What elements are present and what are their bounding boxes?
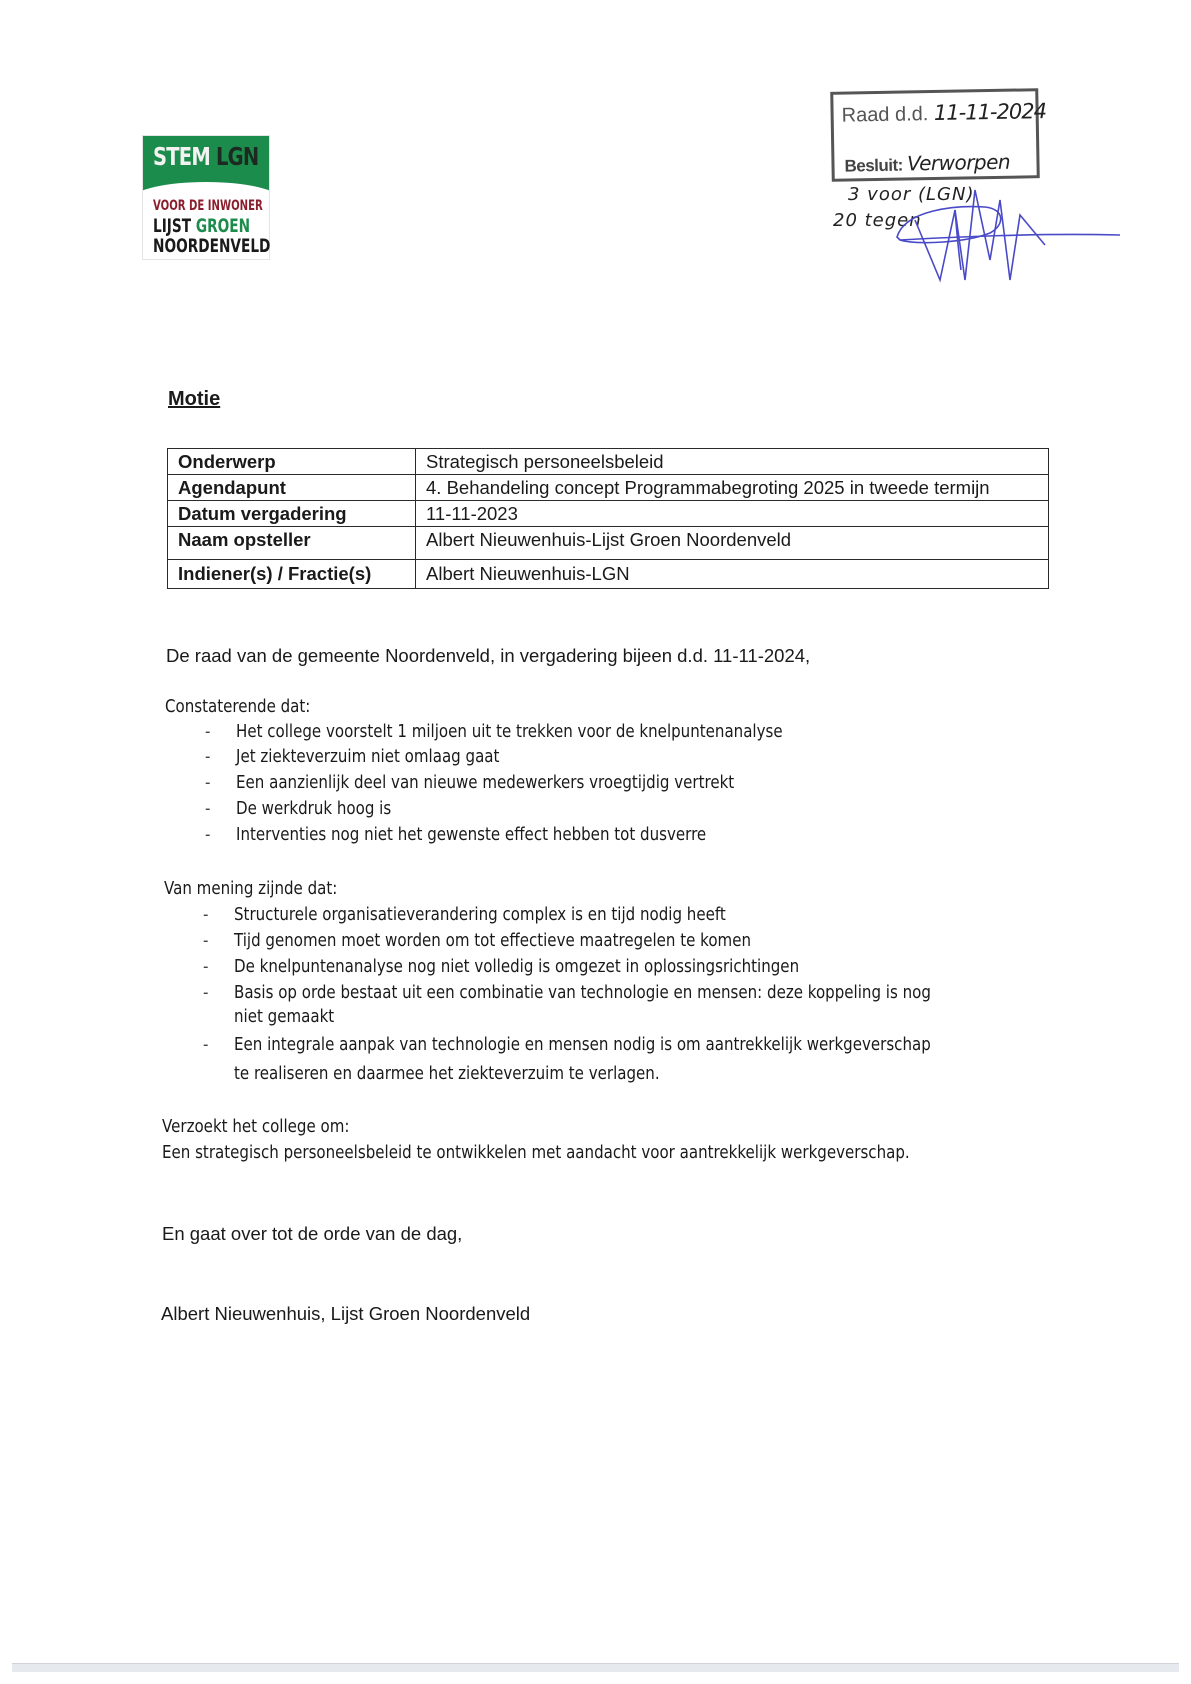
logo-stem-text: STEM LGN bbox=[153, 142, 258, 171]
party-logo: STEM LGN VOOR DE INWONER LIJST GROEN NOO… bbox=[142, 135, 270, 260]
table-row: Datum vergadering 11-11-2023 bbox=[168, 501, 1049, 527]
logo-banner: STEM LGN bbox=[143, 136, 269, 194]
list-item: -Het college voorstelt 1 miljoen uit te … bbox=[236, 722, 783, 742]
stamp-decision: Verworpen bbox=[907, 150, 1010, 176]
list-item: -Interventies nog niet het gewenste effe… bbox=[236, 825, 706, 845]
meta-value: Albert Nieuwenhuis-LGN bbox=[416, 560, 1049, 589]
van-mening-heading: Van mening zijnde dat: bbox=[164, 879, 337, 899]
list-item: -Basis op orde bestaat uit een combinati… bbox=[234, 983, 931, 1003]
table-row: Agendapunt 4. Behandeling concept Progra… bbox=[168, 475, 1049, 501]
scan-edge-divider bbox=[12, 1663, 1179, 1672]
logo-tagline: VOOR DE INWONER bbox=[153, 198, 263, 214]
list-item: -Tijd genomen moet worden om tot effecti… bbox=[234, 931, 751, 951]
signature-icon bbox=[895, 185, 1125, 295]
closing-line: En gaat over tot de orde van de dag, bbox=[162, 1223, 462, 1245]
logo-party-line: LIJST GROEN bbox=[153, 215, 250, 237]
list-item: -Structurele organisatieverandering comp… bbox=[234, 905, 726, 925]
meta-value: Strategisch personeelsbeleid bbox=[416, 449, 1049, 475]
logo-municipality: NOORDENVELD bbox=[153, 235, 270, 257]
table-row: Indiener(s) / Fractie(s) Albert Nieuwenh… bbox=[168, 560, 1049, 589]
document-title: Motie bbox=[168, 388, 220, 411]
constaterende-heading: Constaterende dat: bbox=[165, 697, 310, 717]
list-item: -De knelpuntenanalyse nog niet volledig … bbox=[234, 957, 799, 977]
verzoekt-heading: Verzoekt het college om: bbox=[162, 1117, 349, 1137]
list-item: -Een integrale aanpak van technologie en… bbox=[234, 1035, 931, 1055]
stamp-raad-line: Raad d.d. 11-11-2024 bbox=[841, 99, 1046, 128]
stamp-besluit-line: Besluit: Verworpen bbox=[844, 150, 1010, 177]
meta-value: 4. Behandeling concept Programmabegrotin… bbox=[416, 475, 1049, 501]
list-item: -Een aanzienlijk deel van nieuwe medewer… bbox=[236, 773, 734, 793]
verzoekt-text: Een strategisch personeelsbeleid te ontw… bbox=[162, 1143, 910, 1163]
table-row: Naam opsteller Albert Nieuwenhuis-Lijst … bbox=[168, 527, 1049, 560]
motion-meta-table: Onderwerp Strategisch personeelsbeleid A… bbox=[167, 448, 1049, 589]
meta-value: Albert Nieuwenhuis-Lijst Groen Noordenve… bbox=[416, 527, 1049, 560]
meta-key: Indiener(s) / Fractie(s) bbox=[168, 560, 416, 589]
list-item: -De werkdruk hoog is bbox=[236, 799, 391, 819]
intro-paragraph: De raad van de gemeente Noordenveld, in … bbox=[166, 645, 810, 667]
meta-key: Onderwerp bbox=[168, 449, 416, 475]
list-item: -Jet ziekteverzuim niet omlaag gaat bbox=[236, 747, 499, 767]
stamp-date: 11-11-2024 bbox=[934, 99, 1046, 125]
meta-key: Naam opsteller bbox=[168, 527, 416, 560]
meta-key: Datum vergadering bbox=[168, 501, 416, 527]
table-row: Onderwerp Strategisch personeelsbeleid bbox=[168, 449, 1049, 475]
signature-line: Albert Nieuwenhuis, Lijst Groen Noordenv… bbox=[161, 1303, 530, 1325]
list-item-continuation: niet gemaakt bbox=[234, 1007, 334, 1027]
meta-value: 11-11-2023 bbox=[416, 501, 1049, 527]
meta-key: Agendapunt bbox=[168, 475, 416, 501]
list-item-continuation: te realiseren en daarmee het ziekteverzu… bbox=[234, 1064, 660, 1084]
decision-stamp: Raad d.d. 11-11-2024 Besluit: Verworpen bbox=[830, 88, 1040, 182]
